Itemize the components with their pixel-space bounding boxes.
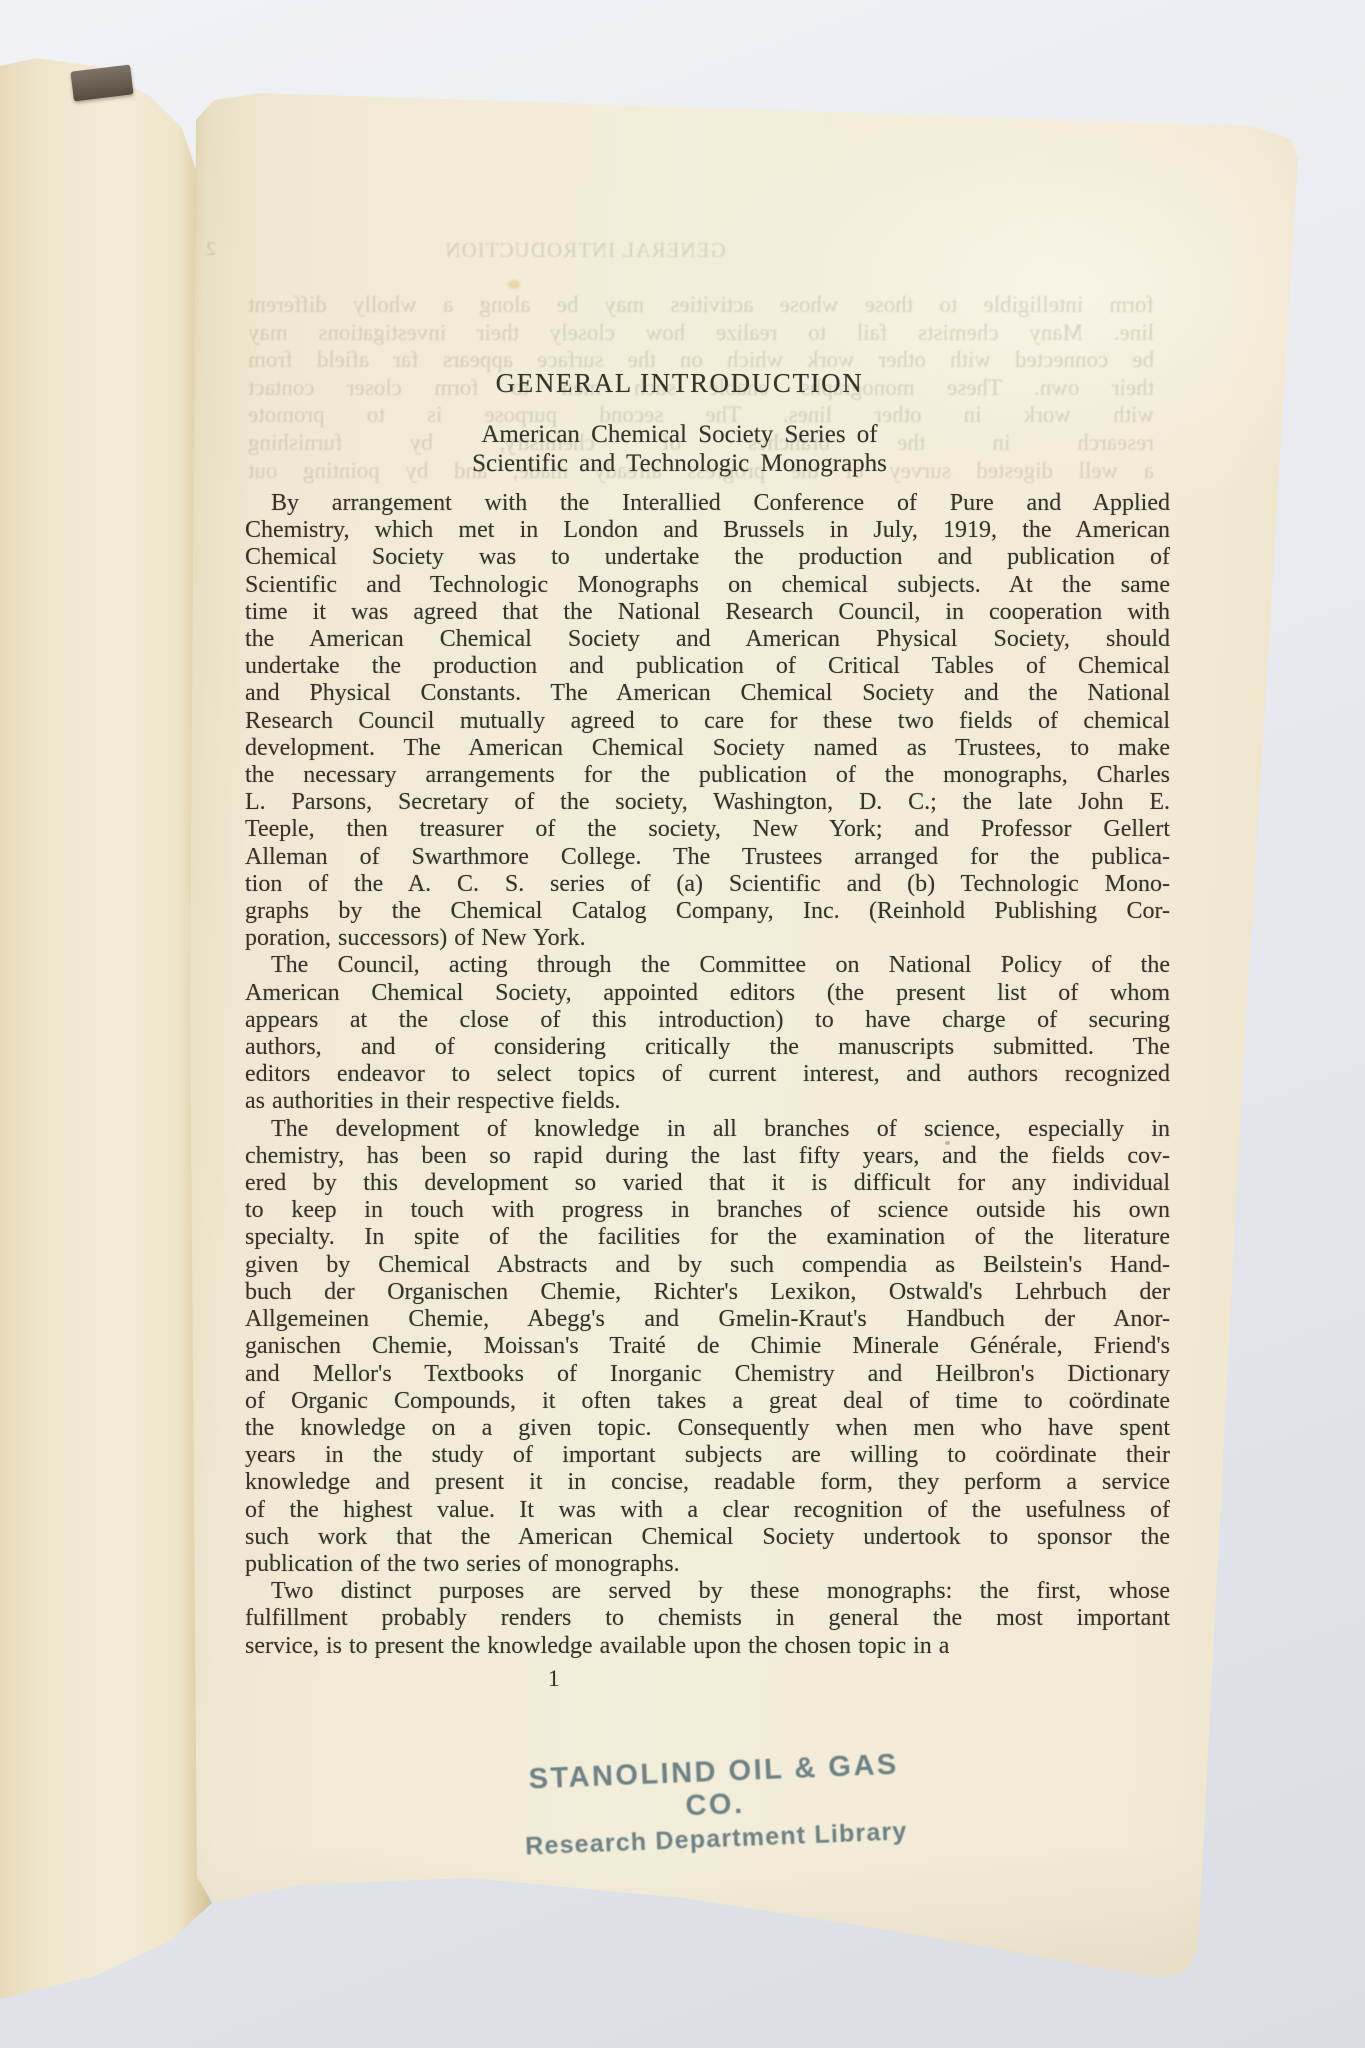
text-line: and Physical Constants. The American Che…	[245, 680, 1170, 707]
text-line: appears at the close of this introductio…	[245, 1007, 1170, 1034]
text-line: chemistry, has been so rapid during the …	[245, 1143, 1170, 1170]
paragraph: The Council, acting through the Committe…	[245, 952, 1170, 1115]
stamp-line-1: STANOLIND OIL & GAS CO.	[503, 1748, 925, 1831]
text-line: development. The American Chemical Socie…	[245, 735, 1170, 762]
text-line: and Mellor's Textbooks of Inorganic Chem…	[245, 1361, 1170, 1388]
text-line: time it was agreed that the National Res…	[245, 599, 1170, 626]
paragraph: By arrangement with the Interallied Conf…	[245, 490, 1170, 952]
bleedthrough-page-number: 2	[206, 238, 216, 261]
body-text: By arrangement with the Interallied Conf…	[245, 490, 1170, 1660]
text-line: American Chemical Society, appointed edi…	[245, 980, 1170, 1007]
text-line: to keep in touch with progress in branch…	[245, 1197, 1170, 1224]
bleedthrough-line: line. Many chemists fail to realize how …	[248, 319, 1154, 347]
text-line: Two distinct purposes are served by thes…	[245, 1578, 1170, 1605]
text-line: specialty. In spite of the facilities fo…	[245, 1224, 1170, 1251]
text-line: The Council, acting through the Committe…	[245, 952, 1170, 979]
subtitle-line: Scientific and Technologic Monographs	[217, 449, 1142, 478]
text-line: Research Council mutually agreed to care…	[245, 708, 1170, 735]
text-line: given by Chemical Abstracts and by such …	[245, 1252, 1170, 1279]
text-line: of Organic Compounds, it often takes a g…	[245, 1388, 1170, 1415]
foxing-spot	[508, 280, 520, 289]
text-line: ganischen Chemie, Moissan's Traité de Ch…	[245, 1333, 1170, 1360]
text-line: the American Chemical Society and Americ…	[245, 626, 1170, 653]
text-line: Teeple, then treasurer of the society, N…	[245, 816, 1170, 843]
ink-speck	[945, 1141, 950, 1145]
text-line: tion of the A. C. S. series of (a) Scien…	[245, 871, 1170, 898]
text-line: editors endeavor to select topics of cur…	[245, 1061, 1170, 1088]
library-stamp: STANOLIND OIL & GAS CO. Research Departm…	[503, 1748, 927, 1863]
bleedthrough-header: GENERAL INTRODUCTION	[420, 238, 750, 263]
page-number: 1	[548, 1666, 560, 1692]
text-line: Allgemeinen Chemie, Abegg's and Gmelin-K…	[245, 1306, 1170, 1333]
book-photo: 2 GENERAL INTRODUCTION form intelligible…	[0, 0, 1365, 2048]
text-line: undertake the production and publication…	[245, 653, 1170, 680]
paragraph: The development of knowledge in all bran…	[245, 1116, 1170, 1578]
text-line: Chemistry, which met in London and Bruss…	[245, 517, 1170, 544]
subtitle-line: American Chemical Society Series of	[217, 420, 1142, 449]
text-line: The development of knowledge in all bran…	[245, 1116, 1170, 1143]
text-line: such work that the American Chemical Soc…	[245, 1524, 1170, 1551]
text-line: By arrangement with the Interallied Conf…	[245, 490, 1170, 517]
text-line: Alleman of Swarthmore College. The Trust…	[245, 844, 1170, 871]
text-line: years in the study of important subjects…	[245, 1442, 1170, 1469]
text-line: the knowledge on a given topic. Conseque…	[245, 1415, 1170, 1442]
bleedthrough-line: form intelligible to those whose activit…	[248, 291, 1154, 319]
text-line: knowledge and present it in concise, rea…	[245, 1469, 1170, 1496]
text-line: buch der Organischen Chemie, Richter's L…	[245, 1279, 1170, 1306]
text-line: fulfillment probably renders to chemists…	[245, 1605, 1170, 1632]
text-line: as authorities in their respective field…	[245, 1088, 1170, 1115]
text-line: Scientific and Technologic Monographs on…	[245, 572, 1170, 599]
text-line: poration, successors) of New York.	[245, 925, 1170, 952]
text-line: the necessary arrangements for the publi…	[245, 762, 1170, 789]
text-line: graphs by the Chemical Catalog Company, …	[245, 898, 1170, 925]
text-line: authors, and of considering critically t…	[245, 1034, 1170, 1061]
page-heading: GENERAL INTRODUCTION	[217, 368, 1142, 399]
paragraph: Two distinct purposes are served by thes…	[245, 1578, 1170, 1660]
text-line: service, is to present the knowledge ava…	[245, 1633, 1170, 1660]
text-line: publication of the two series of monogra…	[245, 1551, 1170, 1578]
page-subtitle: American Chemical Society Series of Scie…	[217, 420, 1142, 478]
text-line: ered by this development so varied that …	[245, 1170, 1170, 1197]
text-line: Chemical Society was to undertake the pr…	[245, 544, 1170, 571]
text-line: L. Parsons, Secretary of the society, Wa…	[245, 789, 1170, 816]
right-page: 2 GENERAL INTRODUCTION form intelligible…	[0, 0, 1365, 2048]
text-line: of the highest value. It was with a clea…	[245, 1497, 1170, 1524]
